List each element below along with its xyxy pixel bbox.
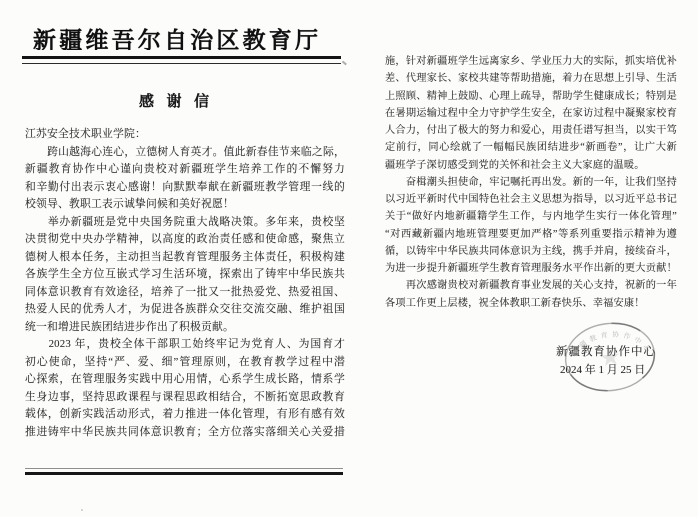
text-line: 举办新疆班是党中央国务院重大战略决策。多年来，贵校坚 bbox=[25, 214, 345, 232]
text-line: 决贯彻党中央办学精神，以高度的政治责任感和使命感，聚焦立 bbox=[25, 231, 345, 249]
text-line: 为进一步提升新疆班学生教育管理服务水平作出新的更大贡献！ bbox=[385, 260, 677, 277]
text-line: 奋楫潮头担使命，牢记嘱托再出发。新的一年，让我们坚持 bbox=[385, 174, 677, 191]
text-line: 各项工作更上层楼，祝全体教职工新春快乐、幸福安康！ bbox=[385, 295, 677, 312]
left-page-footer-rule bbox=[25, 468, 343, 475]
text-line: 和辛勤付出表示衷心感谢！向默默奉献在新疆班教学管理一线的 bbox=[25, 179, 345, 197]
text-line: 疆班学子深切感受到党的关怀和社会主义大家庭的温暖。 bbox=[385, 157, 677, 174]
text-line: 江苏安全技术职业学院： bbox=[25, 126, 345, 144]
text-line: 生身边事，坚持思政课程与课程思政相结合，不断拓宽思政教育 bbox=[25, 389, 345, 407]
text-line: 定前行，同心绘就了一幅幅民族团结进步“新画卷”，让广大新 bbox=[385, 139, 677, 156]
scanned-letter-document: 新疆维吾尔自治区教育厅 感谢信 江苏安全技术职业学院： 跨山越海心连心，立德树人… bbox=[0, 0, 698, 517]
right-page-body: 施，针对新疆班学生远离家乡、学业压力大的实际，抓实培优补差、代理家长、家校共建等… bbox=[385, 53, 677, 315]
text-line: 德树人根本任务，主动担当起教育管理服务主体责任，积极构建 bbox=[25, 249, 345, 267]
text-line: 初心使命，坚持“严、爱、细”管理原则，在教育教学过程中潜 bbox=[25, 354, 345, 372]
text-line: 以习近平新时代中国特色社会主义思想为指导，以习近平总书记 bbox=[385, 191, 677, 208]
text-line: 心探索，在管理服务实践中用心用情，心系学生成长路，情系学 bbox=[25, 371, 345, 389]
text-line: 同体意识教育有效途径，培养了一批又一批热爱党、热爱祖国、 bbox=[25, 284, 345, 302]
text-line: 推进铸牢中华民族共同体意识教育；全方位落实落细关心关爱措 bbox=[25, 424, 345, 442]
text-line: 差、代理家长、家校共建等帮助措施，着力在思想上引导、生活 bbox=[385, 70, 677, 87]
text-line: 施，针对新疆班学生远离家乡、学业压力大的实际，抓实培优补 bbox=[385, 53, 677, 70]
letter-title: 感谢信 bbox=[139, 90, 209, 110]
text-line: 再次感谢贵校对新疆教育事业发展的关心支持，祝新的一年 bbox=[385, 277, 677, 294]
text-line: 新疆教育协作中心谨向贵校对新疆班学生培养工作的不懈努力 bbox=[25, 161, 345, 179]
signature-organization: 新疆教育协作中心 bbox=[556, 343, 658, 359]
text-line: 在暑期运输过程中全力守护学生安全，在家访过程中凝聚家校育 bbox=[385, 105, 677, 122]
text-line: 人合力，付出了极大的努力和爱心，用责任谱写担当，以实干笃 bbox=[385, 122, 677, 139]
left-page-body: 江苏安全技术职业学院： 跨山越海心连心，立德树人育英才。值此新春佳节来临之际，新… bbox=[25, 126, 345, 444]
text-line: 关于“做好内地新疆籍学生工作，与内地学生实行一体化管理” bbox=[385, 208, 677, 225]
letterhead-title: 新疆维吾尔自治区教育厅 bbox=[33, 22, 318, 50]
text-line: 循，以铸牢中华民族共同体意识为主线，携手并肩，接续奋斗， bbox=[385, 243, 677, 260]
text-line: 校领导、教职工表示诚挚问候和美好祝愿！ bbox=[25, 196, 345, 214]
text-line: 上照顾、精神上鼓励、心理上疏导，帮助学生健康成长；特别是 bbox=[385, 88, 677, 105]
text-line: 各族学生全方位互嵌式学习生活环境，探索出了铸牢中华民族共 bbox=[25, 266, 345, 284]
scan-artifact bbox=[342, 61, 347, 65]
signature-date: 2024 年 1 月 25 日 bbox=[560, 361, 660, 377]
text-line: 统一和增进民族团结进步作出了积极贡献。 bbox=[25, 319, 345, 337]
scan-artifact bbox=[81, 509, 83, 511]
text-line: 载体，创新实践活动形式，着力推进一体化管理，有形有感有效 bbox=[25, 406, 345, 424]
text-line: 2023 年，贵校全体干部职工始终牢记为党育人、为国育才 bbox=[25, 336, 345, 354]
letterhead-double-rule bbox=[22, 56, 341, 64]
text-line: 热爱人民的优秀人才，为促进各族群众交往交流交融、维护祖国 bbox=[25, 301, 345, 319]
text-line: “对西藏新疆内地班管理要更加严格”等系列重要指示精神为遵 bbox=[385, 226, 677, 243]
text-line: 跨山越海心连心，立德树人育英才。值此新春佳节来临之际， bbox=[25, 144, 345, 162]
